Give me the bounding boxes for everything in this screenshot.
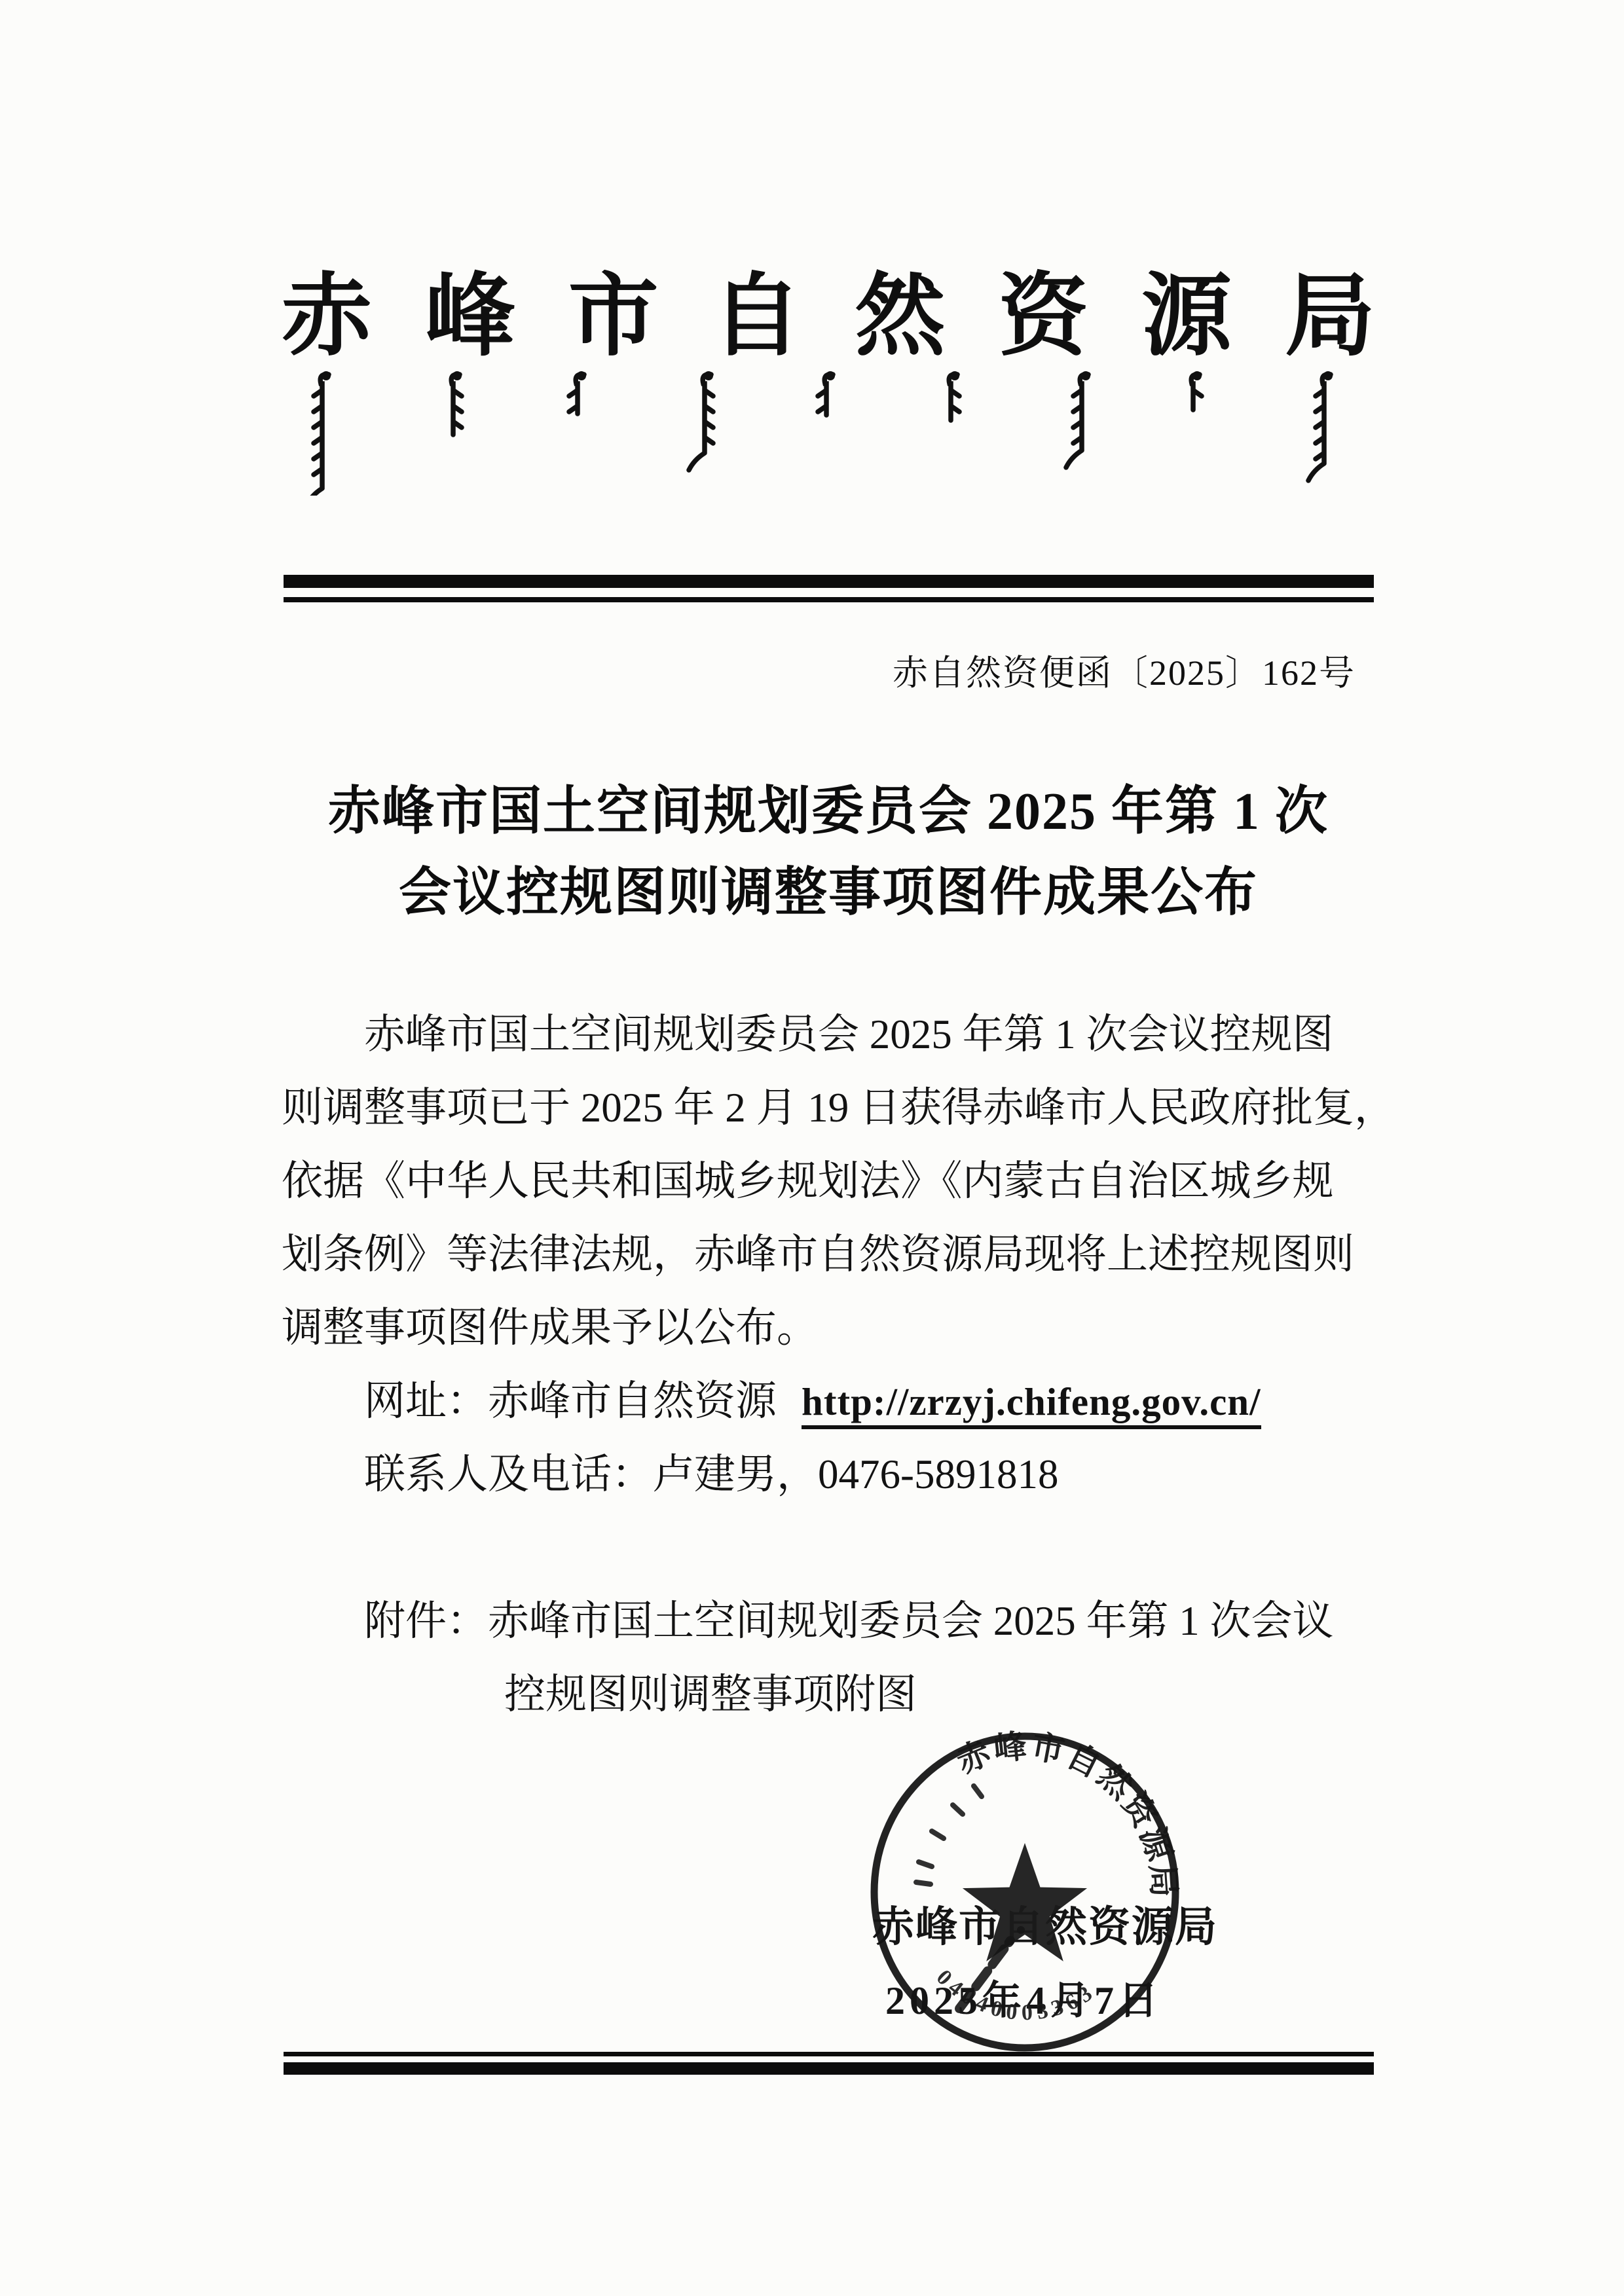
body-paragraph-line: 调整事项图件成果予以公布。 [282, 1291, 1395, 1364]
mongolian-word [1066, 371, 1090, 467]
header-rule-thick [284, 575, 1374, 588]
mongolian-word [949, 371, 959, 420]
seal-arc-text: 赤峰市自然资源局 [951, 1728, 1183, 1901]
body-paragraph-line: 则调整事项已于 2025 年 2 月 19 日获得赤峰市人民政府批复， [282, 1071, 1395, 1144]
footer-rule-thin [284, 2052, 1374, 2056]
mongolian-word [569, 371, 586, 414]
mongolian-word [818, 371, 835, 415]
scanned-official-letter: 赤峰市自然资源局 赤自然资便函〔2025〕162号 赤峰市国土空间规划委员会 2… [0, 0, 1624, 2296]
mongolian-word [1308, 371, 1333, 481]
website-line: 网址：赤峰市自然资源http://zrzyj.chifeng.gov.cn/ [282, 1364, 1395, 1438]
signature-date: 2025年4月7日 [885, 1969, 1162, 2026]
body-text: 赤峰市国土空间规划委员会 2025 年第 1 次会议控规图 则调整事项已于 20… [282, 998, 1395, 1731]
body-paragraph-line: 赤峰市国土空间规划委员会 2025 年第 1 次会议控规图 [282, 998, 1395, 1071]
website-label: 网址：赤峰市自然资源 [364, 1378, 777, 1424]
website-url: http://zrzyj.chifeng.gov.cn/ [802, 1380, 1261, 1429]
seal-mongolian-marks-icon [916, 1786, 982, 1884]
signature-agency: 赤峰市自然资源局 [872, 1893, 1218, 1954]
mongolian-word [689, 371, 713, 470]
blank-line [282, 1511, 1395, 1584]
document-title-line1: 赤峰市国土空间规划委员会 2025 年第 1 次 [265, 771, 1392, 852]
body-paragraph-line: 依据《中华人民共和国城乡规划法》《内蒙古自治区城乡规 [282, 1144, 1395, 1218]
attachment-line1: 附件：赤峰市国土空间规划委员会 2025 年第 1 次会议 [282, 1584, 1395, 1658]
seal-arc-text-holder: 赤峰市自然资源局 [951, 1728, 1183, 1901]
attachment-line2: 控规图则调整事项附图 [282, 1658, 1395, 1731]
body-paragraph-line: 划条例》等法律法规，赤峰市自然资源局现将上述控规图则 [282, 1218, 1395, 1291]
mongolian-word [451, 371, 462, 435]
mongolian-word [1191, 371, 1202, 410]
agency-header-title: 赤峰市自然资源局 [282, 267, 1375, 367]
footer-rule-thick [284, 2062, 1374, 2075]
contact-line: 联系人及电话：卢建男，0476-5891818 [282, 1438, 1395, 1511]
document-number: 赤自然资便函〔2025〕162号 [282, 645, 1371, 695]
mongolian-script [282, 368, 1375, 496]
mongolian-word [306, 371, 331, 496]
document-title-line2: 会议控规图则调整事项图件成果公布 [265, 852, 1392, 934]
mongolian-script-svg [282, 368, 1375, 496]
header-rule-thin [284, 597, 1374, 602]
document-title: 赤峰市国土空间规划委员会 2025 年第 1 次 会议控规图则调整事项图件成果公… [265, 771, 1392, 934]
